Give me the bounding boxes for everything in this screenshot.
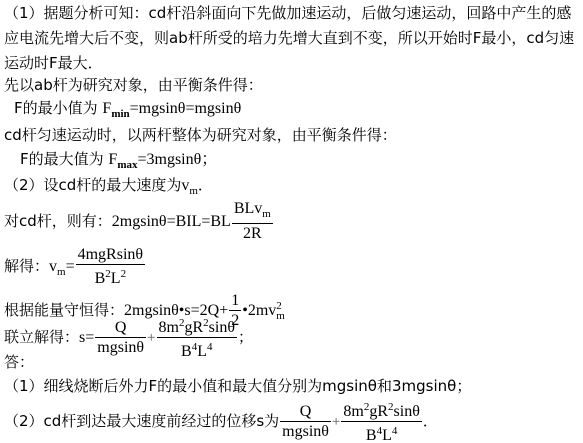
part2-v-sub: m [189, 185, 198, 197]
a2-f1-den: mgsinθ [280, 422, 331, 441]
fmax-equation: F的最大值为 Fmax=3mgsinθ； [20, 150, 217, 174]
vm-num: 4mgRsinθ [76, 246, 145, 265]
fmax-F: F [108, 151, 117, 168]
part2-text: （2）设cd杆的最大速度为 [4, 176, 181, 194]
analysis-line-2: 应电流先增大后不变，则ab杆所受的培力先增大直到不变，所以开始时F最小，cd匀速 [4, 29, 574, 47]
answer2-end: ． [423, 412, 438, 430]
fmin-equation: F的最小值为 Fmin=mgsinθ=mgsinθ [14, 99, 241, 123]
solve-vm-equation: 解得：vm=4mgRsinθB2L2 [4, 245, 146, 293]
fraction-8m2gr2: 8m2gR2sinθB4L4 [157, 314, 237, 361]
fmin-subscript: min [111, 108, 129, 120]
den-B: B [95, 270, 106, 287]
a2-f2-b: gR [369, 403, 388, 420]
cd-eq-expr: 2mgsinθ=BIL=BL [112, 213, 231, 230]
analysis-line-1: （1）据题分析可知：cd杆沿斜面向下先做加速运动，后做匀速运动，回路中产生的感 [4, 4, 571, 22]
f1-den: mgsinθ [95, 338, 146, 357]
fmin-label: F的最小值为 [14, 99, 102, 117]
vm-eq: = [66, 258, 75, 275]
cd-eq-label: 对cd杆，则有： [4, 212, 112, 230]
den-L: L [111, 270, 121, 287]
vm-squared: 2m [276, 301, 285, 321]
a2-f2-den-L-exp: 4 [392, 425, 398, 437]
answer-2: （2）cd杆到达最大速度前经过的位移s为Qmgsinθ+8m2gR2sinθB4… [4, 398, 438, 443]
fraction-q-mgsin: Qmgsinθ [95, 319, 146, 357]
frac-den: 2R [232, 224, 273, 243]
fmax-expression: =3mgsinθ； [137, 151, 217, 168]
f2-den-L: L [197, 343, 207, 360]
ab-rod-intro: 先以ab杆为研究对象，由平衡条件得： [4, 76, 263, 94]
answer2-plus: + [332, 414, 340, 430]
den-L-exp: 2 [121, 268, 127, 280]
a2-f2-den-B: B [366, 427, 377, 443]
s-eq: s= [79, 329, 94, 346]
cd-equation: 对cd杆，则有：2mgsinθ=BIL=BLBLvm2R [4, 200, 274, 243]
frac-num: BLv [234, 200, 262, 217]
f2-den-B: B [181, 343, 192, 360]
analysis-line-3: 运动时F最大． [4, 54, 103, 72]
a2-f1-num: Q [280, 403, 331, 422]
f1-num: Q [95, 319, 146, 338]
cd-rod-intro: cd杆匀速运动时，以两杆整体为研究对象，由平衡条件得： [4, 126, 397, 144]
solve-s-end: ； [238, 328, 253, 346]
vm-exp: 2 [276, 301, 285, 311]
solve-s-label: 联立解得： [4, 328, 79, 346]
f2-den-L-exp: 4 [207, 341, 213, 353]
fmax-label: F的最大值为 [20, 150, 108, 168]
fmin-expression: =mgsinθ=mgsinθ [130, 100, 242, 117]
answer-1: （1）细线烧断后外力F的最小值和最大值分别为mgsinθ和3mgsinθ； [4, 377, 471, 395]
fraction-blvm-2r: BLvm2R [232, 200, 273, 243]
f2-b: gR [184, 319, 203, 336]
part2-intro: （2）设cd杆的最大速度为vm． [4, 176, 213, 200]
solve-s-equation: 联立解得：s=Qmgsinθ+8m2gR2sinθB4L4； [4, 314, 253, 361]
fraction-vm: 4mgRsinθB2L2 [76, 246, 145, 288]
f2-a: 8m [159, 319, 179, 336]
a2-f2-a: 8m [343, 403, 363, 420]
vm-sub: m [57, 266, 66, 278]
a2-f2-den-L: L [382, 427, 392, 443]
a2-f2-c: sinθ [394, 403, 420, 420]
plus-sign: + [147, 330, 155, 346]
answer-label: 答： [4, 353, 34, 371]
fmax-subscript: max [117, 159, 137, 171]
f2-c: sinθ [209, 319, 235, 336]
answer2-fraction-q: Qmgsinθ [280, 403, 331, 441]
frac-num-sub: m [262, 208, 271, 220]
part2-end: ． [198, 176, 213, 194]
solve-vm-label: 解得： [4, 257, 49, 275]
answer2-text: （2）cd杆到达最大速度前经过的位移s为 [4, 412, 279, 430]
vm-v: v [49, 258, 57, 275]
half-num: 1 [229, 292, 241, 311]
fmin-F: F [102, 100, 111, 117]
vm-sub2: m [276, 311, 285, 321]
answer2-fraction-8m2: 8m2gR2sinθB4L4 [341, 398, 421, 443]
